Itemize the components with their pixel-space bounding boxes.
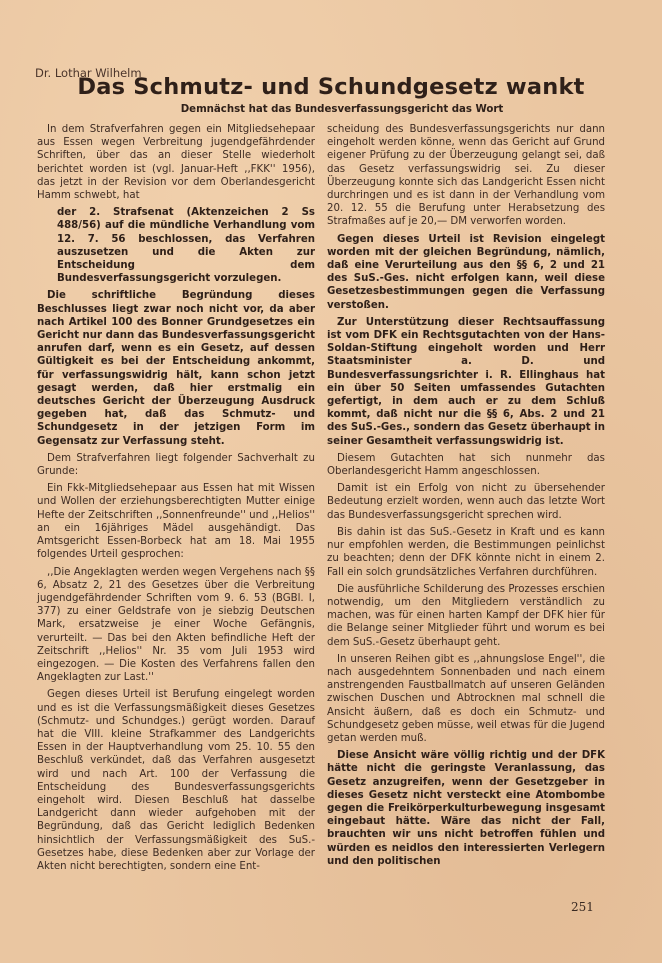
article-title: Das Schmutz- und Schundgesetz wankt <box>0 74 662 100</box>
page-number: 251 <box>571 900 594 914</box>
court-decision-quote: der 2. Strafsenat (Aktenzeichen 2 Ss 488… <box>37 206 315 285</box>
paragraph: Gegen dieses Urteil ist Berufung eingele… <box>37 688 315 873</box>
paragraph: Zur Unterstützung dieser Rechtsauffassun… <box>327 316 605 448</box>
paragraph: Diese Ansicht wäre völlig richtig und de… <box>327 749 605 868</box>
paragraph: scheidung des Bundesverfassungsgerichts … <box>327 123 605 229</box>
paragraph: In unseren Reihen gibt es ,,ahnungslose … <box>327 653 605 745</box>
paragraph: Bis dahin ist das SuS.-Gesetz in Kraft u… <box>327 526 605 579</box>
paragraph: Die ausführliche Schilderung des Prozess… <box>327 583 605 649</box>
paragraph: In dem Strafverfahren gegen ein Mitglied… <box>37 123 315 202</box>
paragraph: Gegen dieses Urteil ist Revision eingele… <box>327 233 605 312</box>
paragraph: Ein Fkk-Mitgliedsehepaar aus Essen hat m… <box>37 482 315 561</box>
paragraph: Die schriftliche Begründung dieses Besch… <box>37 289 315 447</box>
article-subtitle: Demnächst hat das Bundesverfassungsgeric… <box>0 104 662 115</box>
paragraph: Dem Strafverfahren liegt folgender Sachv… <box>37 452 315 478</box>
magazine-page: Dr. Lothar Wilhelm Das Schmutz- und Schu… <box>0 0 662 963</box>
verdict-quote: ,,Die Angeklagten werden wegen Vergehens… <box>37 566 315 685</box>
right-column: scheidung des Bundesverfassungsgerichts … <box>327 123 605 872</box>
paragraph: Damit ist ein Erfolg von nicht zu überse… <box>327 482 605 522</box>
paragraph: Diesem Gutachten hat sich nunmehr das Ob… <box>327 452 605 478</box>
left-column: In dem Strafverfahren gegen ein Mitglied… <box>37 123 315 877</box>
